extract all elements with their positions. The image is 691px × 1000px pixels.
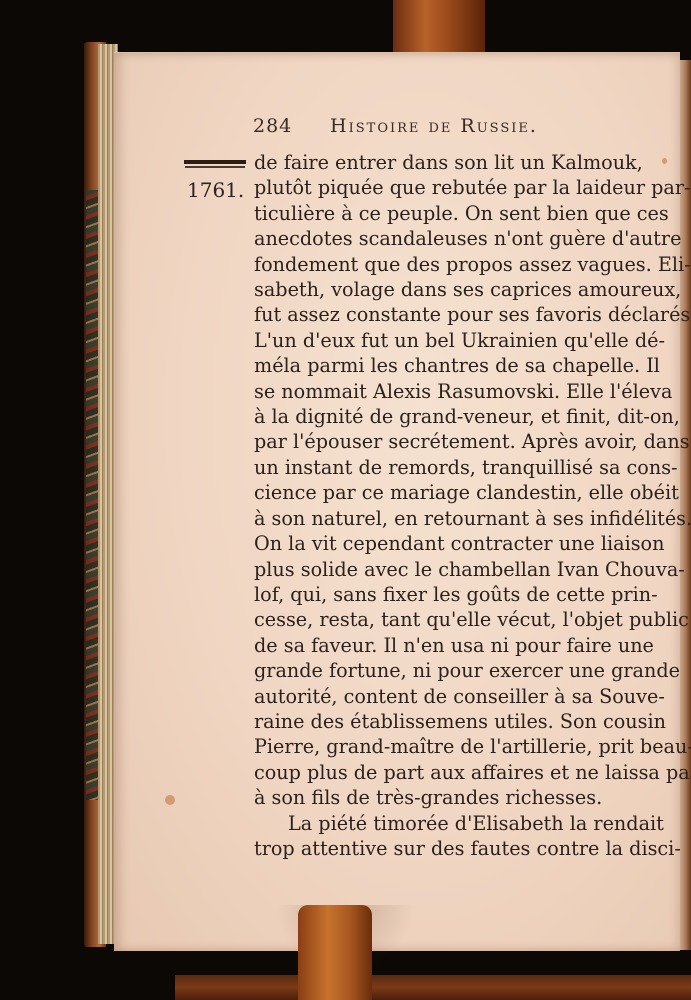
text-line: grande fortune, ni pour exercer une gran… bbox=[254, 658, 634, 683]
text-line: anecdotes scandaleuses n'ont guère d'aut… bbox=[254, 226, 634, 251]
text-line: par l'épouser secrétement. Après avoir, … bbox=[254, 429, 634, 454]
text-line: plutôt piquée que rebutée par la laideur… bbox=[254, 175, 634, 200]
text-line: à son naturel, en retournant à ses infid… bbox=[254, 506, 634, 531]
wooden-stand-front bbox=[298, 905, 372, 1000]
text-line: de sa faveur. Il n'en usa ni pour faire … bbox=[254, 633, 634, 658]
text-line: On la vit cependant contracter une liais… bbox=[254, 531, 634, 556]
text-line: raine des établissemens utiles. Son cous… bbox=[254, 709, 634, 734]
text-line: Pierre, grand-maître de l'artillerie, pr… bbox=[254, 734, 634, 759]
book-photo: 284 Histoire de Russie. 1761. de faire e… bbox=[0, 0, 691, 1000]
text-line: à son fils de très-grandes richesses. bbox=[254, 785, 634, 810]
page-number: 284 bbox=[253, 115, 323, 137]
text-line: sabeth, volage dans ses caprices amoureu… bbox=[254, 277, 634, 302]
running-title: Histoire de Russie. bbox=[330, 115, 538, 137]
running-header: 284 Histoire de Russie. bbox=[253, 115, 653, 137]
text-line: cience par ce mariage clandestin, elle o… bbox=[254, 480, 634, 505]
text-line: L'un d'eux fut un bel Ukrainien qu'elle … bbox=[254, 328, 634, 353]
text-line: La piété timorée d'Elisabeth la rendait bbox=[254, 811, 634, 836]
text-line: fondement que des propos assez vagues. E… bbox=[254, 252, 634, 277]
text-line: lof, qui, sans fixer les goûts de cette … bbox=[254, 582, 634, 607]
text-line: fut assez constante pour ses favoris déc… bbox=[254, 302, 634, 327]
text-line: se nommait Alexis Rasumovski. Elle l'éle… bbox=[254, 379, 634, 404]
text-line: de faire entrer dans son lit un Kalmouk, bbox=[254, 150, 634, 175]
wooden-stand-base bbox=[175, 975, 691, 1000]
margin-rule bbox=[184, 160, 246, 164]
body-text: de faire entrer dans son lit un Kalmouk,… bbox=[254, 150, 634, 861]
text-line: trop attentive sur des fautes contre la … bbox=[254, 836, 634, 861]
text-line: à la dignité de grand-veneur, et finit, … bbox=[254, 404, 634, 429]
foxing-spot bbox=[165, 795, 175, 805]
text-line: ticulière à ce peuple. On sent bien que … bbox=[254, 201, 634, 226]
foxing-spot bbox=[662, 158, 667, 164]
text-line: méla parmi les chantres de sa chapelle. … bbox=[254, 353, 634, 378]
text-line: un instant de remords, tranquillisé sa c… bbox=[254, 455, 634, 480]
text-line: plus solide avec le chambellan Ivan Chou… bbox=[254, 557, 634, 582]
text-line: cesse, resta, tant qu'elle vécut, l'obje… bbox=[254, 607, 634, 632]
text-line: autorité, content de conseiller à sa Sou… bbox=[254, 684, 634, 709]
margin-year: 1761. bbox=[187, 178, 244, 202]
text-line: coup plus de part aux affaires et ne lai… bbox=[254, 760, 634, 785]
